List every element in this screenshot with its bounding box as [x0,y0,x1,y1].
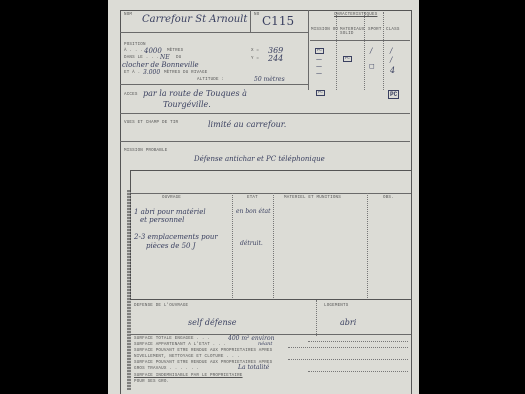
defense-value: self défense [188,318,236,327]
header-line [120,32,309,33]
surface-dots-1 [308,341,408,342]
y-value: 244 [268,54,283,63]
carac-header-line [310,40,410,41]
carac-mark-dash-2: — [316,63,322,70]
document-page: NOM Carrefour St Arnoult No C115 CARACTE… [108,0,419,394]
mission-label: MISSION PROBABLE [124,149,167,153]
acces-label: ACCES [124,93,138,97]
col-etat: ETAT [247,196,258,200]
surface-line-1: SURFACE TOTALE ENGAGEE . . . [134,337,210,341]
carac-mark-pc-1: PC [315,48,324,54]
surface-line-7: SURFACE INDEMNISABLE PAR LE PROPRIETAIRE [134,374,243,378]
vues-label: VUES et CHAMP DE TIR [124,121,178,125]
carac-mark-4: 4 [390,66,395,75]
no-value: C115 [262,14,294,28]
carac-divider [308,10,309,90]
nom-label: NOM [124,13,132,17]
surface-line-4: NIVELLEMENT, NETTOYAGE ET CLOTURE . . . [134,355,240,359]
y-label: Y = [251,57,259,61]
carac-col-2: MATERIAUX SOLID [340,28,362,36]
position-label: POSITION [124,43,146,47]
row1-ouvrage-line1: 1 abri pour matériel [134,208,206,216]
acces-value-line2: Tourgéville. [163,100,211,109]
surface-line-8: POUR ses Gro. [134,380,169,384]
carac-col-1: MISSION OU [311,28,338,32]
acces-line [120,113,410,114]
col-materiel: MATERIEL et MUNITIONS [284,196,341,200]
carac-col-3: SPORT [368,28,382,32]
header-divider [250,10,251,32]
surface-value-6: La totalité [238,364,269,371]
position-line1-suffix: mètres [167,49,183,53]
carac-mark-dash-3: — [316,70,322,77]
altitude-value: 50 mètres [254,76,285,83]
logements-value: abri [340,318,356,327]
vues-value: limité au carrefour. [208,120,286,129]
side-strip [127,190,131,390]
position-line3-value: clocher de Bonneville [122,61,199,69]
position-line2-prefix: dans le . . . [124,56,159,60]
position-line2-value: NE [160,54,170,61]
nom-value: Carrefour St Arnoult [142,14,247,25]
table-sep-2 [273,193,274,298]
carac-mark-pc-2: PC [316,90,325,96]
row2-ouvrage-line2: pièces de 50 J [146,242,196,250]
surface-line-2: SURFACE APPARTENANT A L'ETAT . . . [134,343,226,347]
acces-value-line1: par la route de Touques à [143,89,247,98]
defense-sep [316,300,317,336]
surface-line-6: GROS TRAVAUX . . . . . . [134,367,199,371]
table-sep-3 [367,193,368,298]
carac-title: CARACTERISTIQUES [334,13,377,17]
carac-sep-2 [364,12,365,90]
surface-dots-3 [288,359,408,360]
surface-dots-2 [288,347,408,348]
carac-mark-pc-3: PC [343,56,352,62]
no-label: No [254,13,259,17]
surface-line-3: SURFACE POUVANT ETRE RENDUE AUX PROPRIET… [134,349,272,353]
col-ouvrage: OUVRAGE [162,196,181,200]
carac-mark-dash-1: — [316,56,322,63]
vues-line [120,141,410,142]
table-sep-1 [232,193,233,298]
carac-mark-pc-4: PC [388,90,399,99]
surface-dots-4 [308,371,408,372]
row1-ouvrage-line2: et personnel [140,216,184,224]
defense-label: DEFENSE DE L'OUVRAGE [134,304,188,308]
row1-etat: en bon état [236,208,271,215]
mission-value: Défense antichar et PC téléphonique [194,155,325,163]
position-line1-prefix: à . . . [124,49,143,53]
carac-mark-box: ◻ [369,62,375,70]
position-line4-suffix: mètres du rivage [164,71,207,75]
ouvrages-header-line [130,193,411,194]
carac-mark-check-3: / [390,56,392,64]
altitude-label: Altitude : [197,78,224,82]
row2-ouvrage-line1: 2-3 emplacements pour [134,233,218,241]
carac-mark-check-2: / [390,47,392,55]
col-obs: OBS. [383,196,394,200]
carac-sep-3 [383,12,384,90]
carac-sep-1 [336,12,337,90]
row2-etat: détruit. [240,240,263,247]
surface-value-2: néant [258,341,272,347]
logements-label: LOGEMENTS [324,304,348,308]
x-label: X = [251,49,259,53]
carac-mark-check-1: / [370,47,372,55]
position-line4-value: 3.000 [143,69,160,76]
position-line [120,84,309,85]
carac-col-4: CLASS [386,28,400,32]
position-line2-suffix: du [176,56,181,60]
